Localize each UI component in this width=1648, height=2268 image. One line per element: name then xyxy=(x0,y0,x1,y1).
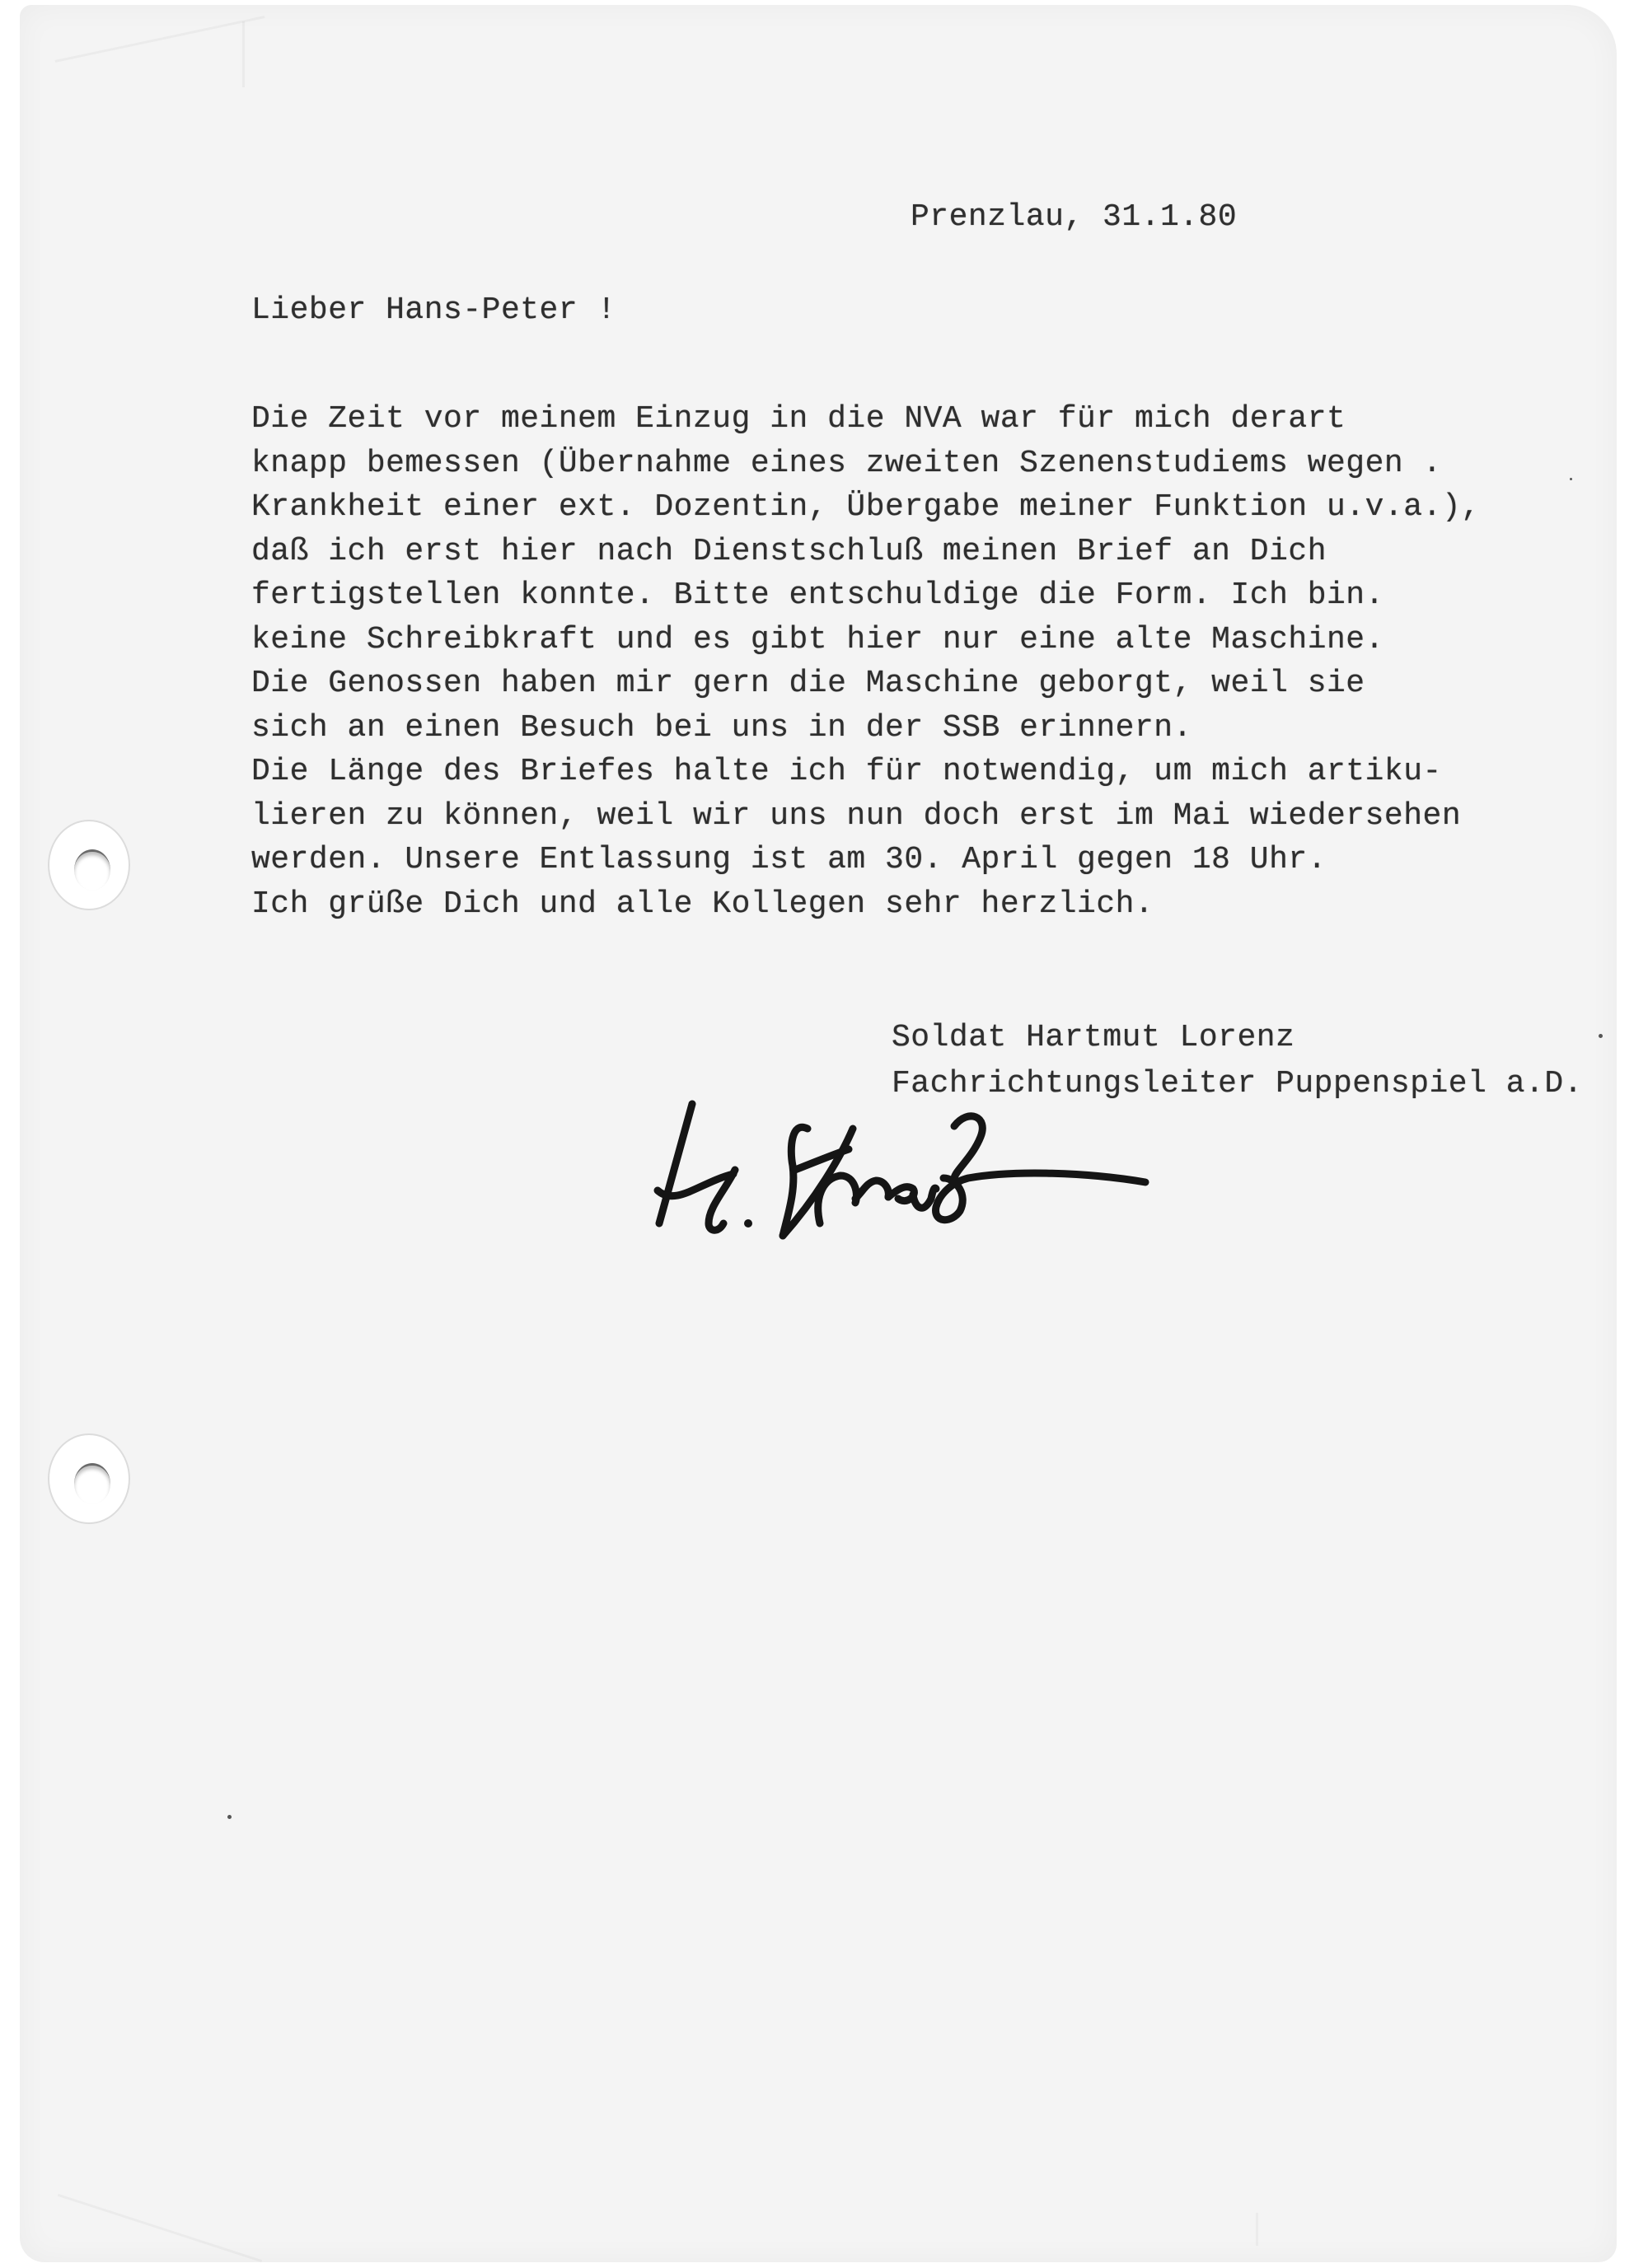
body-line: Die Länge des Briefes halte ich für notw… xyxy=(251,750,1480,794)
place-date: Prenzlau, 31.1.80 xyxy=(911,199,1237,235)
punch-hole xyxy=(74,849,110,891)
ink-speck xyxy=(227,1815,232,1819)
handwritten-signature-icon xyxy=(643,1100,1170,1240)
punch-hole-reinforcement-icon xyxy=(48,1433,130,1524)
paper-crease xyxy=(242,21,245,87)
body-line: Ich grüße Dich und alle Kollegen sehr he… xyxy=(251,882,1480,927)
paper-crease xyxy=(58,2194,262,2262)
ink-speck xyxy=(1599,1034,1603,1038)
salutation: Lieber Hans-Peter ! xyxy=(251,292,616,328)
sender-name: Soldat Hartmut Lorenz xyxy=(892,1015,1583,1061)
body-line: Die Genossen haben mir gern die Maschine… xyxy=(251,662,1480,706)
body-line: Krankheit einer ext. Dozentin, Übergabe … xyxy=(251,485,1480,530)
body-line: sich an einen Besuch bei uns in der SSB … xyxy=(251,706,1480,751)
body-line: knapp bemessen (Übernahme eines zweiten … xyxy=(251,442,1480,486)
body-line: werden. Unsere Entlassung ist am 30. Apr… xyxy=(251,838,1480,882)
body-line: Die Zeit vor meinem Einzug in die NVA wa… xyxy=(251,397,1480,442)
letter-body: Die Zeit vor meinem Einzug in die NVA wa… xyxy=(251,397,1480,926)
body-line: fertigstellen konnte. Bitte entschuldige… xyxy=(251,573,1480,618)
punch-hole-reinforcement-icon xyxy=(48,820,130,910)
paper-crease xyxy=(1256,2213,1258,2246)
body-line: keine Schreibkraft und es gibt hier nur … xyxy=(251,618,1480,662)
body-line: lieren zu können, weil wir uns nun doch … xyxy=(251,794,1480,839)
paper-crease xyxy=(55,16,265,63)
punch-hole xyxy=(74,1463,110,1504)
sender-block: Soldat Hartmut Lorenz Fachrichtungsleite… xyxy=(892,1015,1583,1107)
body-line: daß ich erst hier nach Dienstschluß mein… xyxy=(251,530,1480,574)
ink-speck xyxy=(1570,478,1572,480)
